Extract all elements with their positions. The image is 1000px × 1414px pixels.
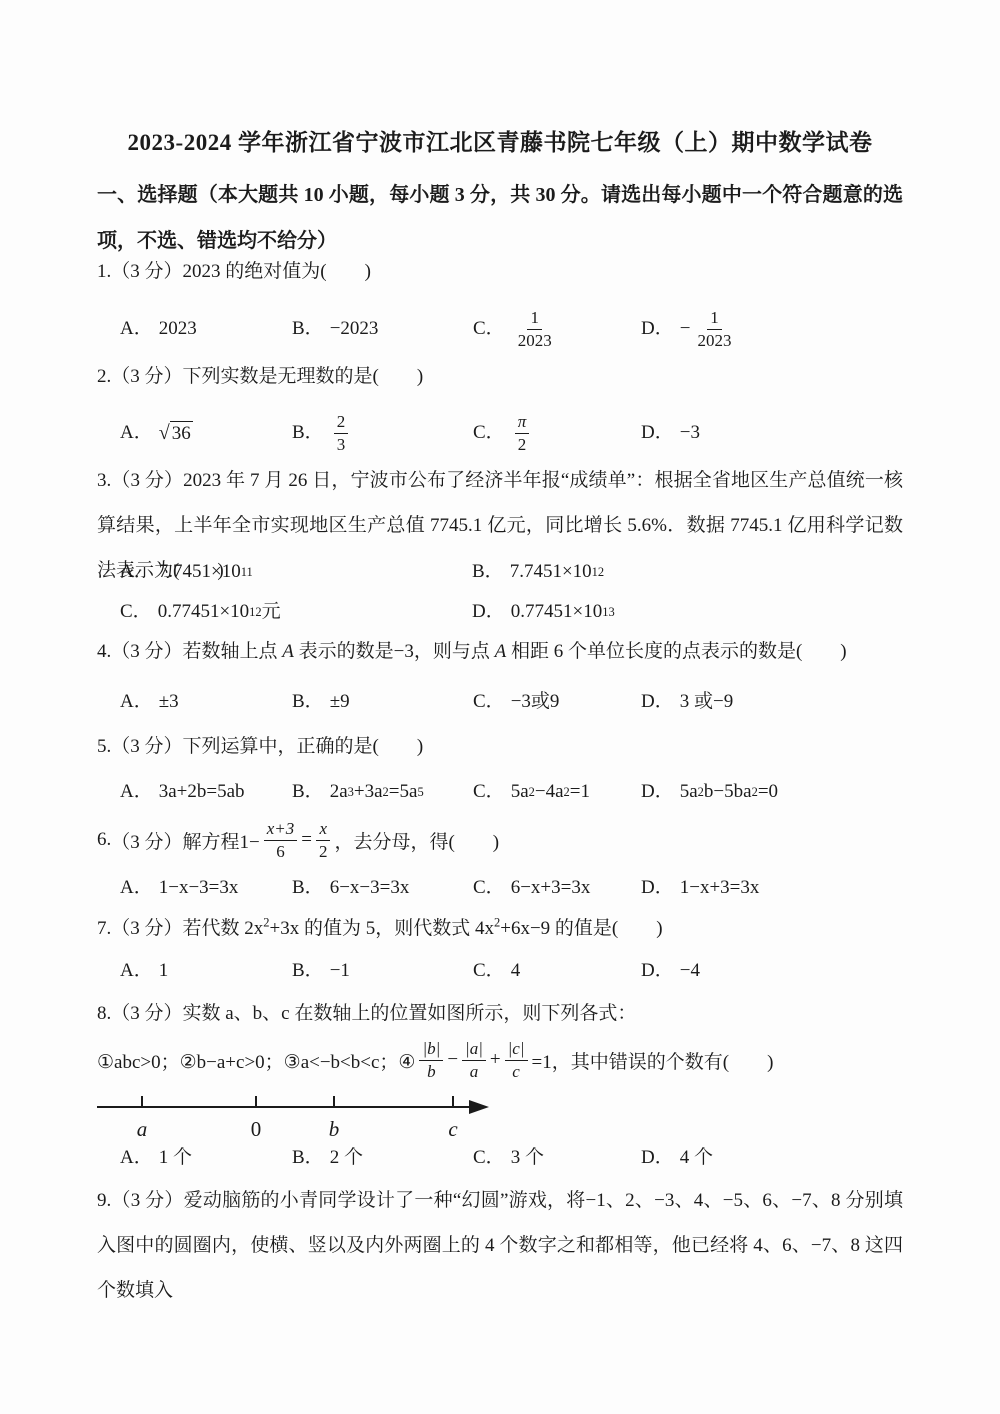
option-7-b: B．−1 <box>292 959 473 983</box>
option-3-b: B．7.7451×1012 <box>472 560 903 584</box>
option-2-d: D．−3 <box>641 421 903 445</box>
option-6-c: C．6−x+3=3x <box>473 876 641 900</box>
option-7-c: C．4 <box>473 959 641 983</box>
option-3-c: C．0.77451×1012 元 <box>120 600 472 624</box>
question-3-options: A．7.7451×1011 B．7.7451×1012 C．0.77451×10… <box>97 560 903 624</box>
question-5-options: A．3a+2b=5ab B．2a3+3a2=5a5 C．5a2−4a2=1 D．… <box>97 780 903 804</box>
fraction: x2 <box>316 818 331 862</box>
question-1-options: A．2023 B．−2023 C．12023 D．−12023 <box>97 300 903 358</box>
question-6-stem: 6.（3 分）解方程1−x+36=x2，去分母，得( ) <box>97 812 903 868</box>
option-2-b: B．23 <box>292 411 473 455</box>
fraction: 12023 <box>515 307 555 351</box>
question-9-stem: 9.（3 分）爱动脑筋的小青同学设计了一种“幻圆”游戏，将−1、2、−3、4、−… <box>97 1178 903 1313</box>
option-6-b: B．6−x−3=3x <box>292 876 473 900</box>
option-5-b: B．2a3+3a2=5a5 <box>292 780 473 804</box>
axis-label-zero: 0 <box>251 1117 262 1141</box>
question-1-stem: 1.（3 分）2023 的绝对值为( ) <box>97 260 903 284</box>
fraction: |b|b <box>419 1038 443 1082</box>
question-3-number: 3. <box>97 470 111 491</box>
option-2-a: A．√36 <box>120 421 292 446</box>
option-1-b: B．−2023 <box>292 317 473 341</box>
fraction: π2 <box>515 411 530 455</box>
option-4-a: A．±3 <box>120 690 292 714</box>
option-6-a: A．1−x−3=3x <box>120 876 292 900</box>
question-9-number: 9. <box>97 1190 111 1211</box>
question-7-number: 7. <box>97 918 111 939</box>
question-4-number: 4. <box>97 641 111 662</box>
question-4-stem: 4.（3 分）若数轴上点 A 表示的数是−3，则与点 A 相距 6 个单位长度的… <box>97 640 903 664</box>
axis-label-c: c <box>448 1117 458 1141</box>
option-1-a: A．2023 <box>120 317 292 341</box>
option-6-d: D．1−x+3=3x <box>641 876 903 900</box>
question-2-number: 2. <box>97 366 111 387</box>
axis-label-b: b <box>329 1117 340 1141</box>
question-8-number: 8. <box>97 1003 111 1024</box>
fraction: 12023 <box>694 307 734 351</box>
fraction: x+36 <box>264 818 298 862</box>
number-line-figure: a 0 b c <box>95 1090 515 1144</box>
question-5-number: 5. <box>97 736 111 757</box>
option-4-b: B．±9 <box>292 690 473 714</box>
question-5-stem: 5.（3 分）下列运算中，正确的是( ) <box>97 735 903 759</box>
option-3-d: D．0.77451×1013 <box>472 600 903 624</box>
option-3-a: A．7.7451×1011 <box>120 560 472 584</box>
option-1-d: D．−12023 <box>641 307 903 351</box>
radical-sign: √ <box>159 421 170 445</box>
option-5-a: A．3a+2b=5ab <box>120 780 292 804</box>
question-2-stem: 2.（3 分）下列实数是无理数的是( ) <box>97 365 903 389</box>
fraction: |a|a <box>462 1038 486 1082</box>
variable-A: A <box>282 641 294 662</box>
question-4-options: A．±3 B．±9 C．−3或9 D．3 或−9 <box>97 690 903 714</box>
fraction: 23 <box>334 411 349 455</box>
exam-page: 2023-2024 学年浙江省宁波市江北区青藤书院七年级（上）期中数学试卷 一、… <box>0 0 1000 1414</box>
option-1-c: C．12023 <box>473 307 641 351</box>
question-8-stem: 8.（3 分）实数 a、b、c 在数轴上的位置如图所示，则下列各式： <box>97 1002 903 1026</box>
question-6-number: 6. <box>97 829 111 851</box>
option-4-d: D．3 或−9 <box>641 690 903 714</box>
option-8-b: B．2 个 <box>292 1146 473 1170</box>
option-7-a: A．1 <box>120 959 292 983</box>
option-5-c: C．5a2−4a2=1 <box>473 780 641 804</box>
question-7-options: A．1 B．−1 C．4 D．−4 <box>97 959 903 983</box>
axis-arrow-icon <box>469 1100 489 1114</box>
variable-A: A <box>495 641 507 662</box>
exam-title: 2023-2024 学年浙江省宁波市江北区青藤书院七年级（上）期中数学试卷 <box>0 124 1000 157</box>
fraction: |c|c <box>505 1038 528 1082</box>
option-5-d: D．5a2b−5ba2=0 <box>641 780 903 804</box>
question-8-options: A．1 个 B．2 个 C．3 个 D．4 个 <box>97 1146 903 1170</box>
section-instructions: 一、选择题（本大题共 10 小题，每小题 3 分，共 30 分。请选出每小题中一… <box>97 172 903 264</box>
question-6-options: A．1−x−3=3x B．6−x−3=3x C．6−x+3=3x D．1−x+3… <box>97 876 903 900</box>
option-8-c: C．3 个 <box>473 1146 641 1170</box>
option-8-a: A．1 个 <box>120 1146 292 1170</box>
option-7-d: D．−4 <box>641 959 903 983</box>
axis-label-a: a <box>137 1117 148 1141</box>
question-2-options: A．√36 B．23 C．π2 D．−3 <box>97 404 903 462</box>
question-1-number: 1. <box>97 261 111 282</box>
question-8-expressions: ①abc>0；②b−a+c>0；③a<−b<b<c；④|b|b−|a|a+|c|… <box>97 1032 903 1088</box>
option-8-d: D．4 个 <box>641 1146 903 1170</box>
option-2-c: C．π2 <box>473 411 641 455</box>
question-7-stem: 7.（3 分）若代数 2x2+3x 的值为 5，则代数式 4x2+6x−9 的值… <box>97 917 903 941</box>
option-4-c: C．−3或9 <box>473 690 641 714</box>
